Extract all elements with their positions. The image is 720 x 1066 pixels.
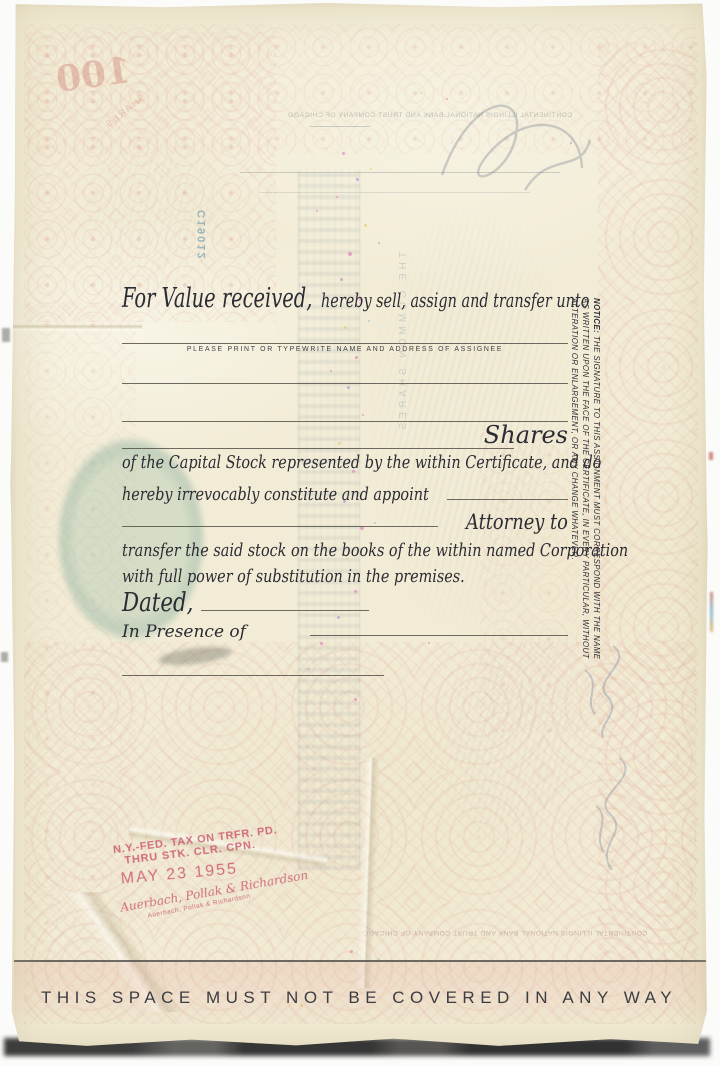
scan-edge-artifact [709,452,713,460]
transfer-agent-bleed-top: CONTINENTAL ILLINOIS NATIONAL BANK AND T… [276,112,584,119]
planchette-dot [354,698,357,701]
planchette-dot [420,92,422,94]
signature-flourish-bleed [576,752,642,876]
paper-crease [10,324,142,332]
transfer-books-text: transfer the said stock on the books of … [122,540,479,561]
tax-paid-stamp: N.Y.-FED. TAX ON TRFR. PD. THRU STK. CLR… [112,816,349,915]
planchette-dot [364,224,367,227]
shares-label: Shares [484,421,568,449]
assignee-write-line-1 [122,343,568,344]
footer-warning-text: THIS SPACE MUST NOT BE COVERED IN ANY WA… [10,988,708,1008]
planchette-dot [348,252,352,256]
planchette-dot [320,642,323,645]
attorney-name-blank [447,499,568,500]
planchette-dot [336,196,338,198]
attorney-label: Attorney to [466,510,568,534]
planchette-dot [362,414,364,416]
notice-label: NOTICE: [592,298,601,333]
transfer-agent-bleed-bottom: CONTINENTAL ILLINOIS NATIONAL BANK AND T… [360,929,650,936]
planchette-dot [347,386,350,389]
sell-assign-transfer-text: hereby sell, assign and transfer unto [321,288,589,312]
constitute-appoint-row: hereby irrevocably constitute and appoin… [122,484,568,505]
planchette-dot [428,642,430,644]
notice-line-1: NOTICE: THE SIGNATURE TO THIS ASSIGNMENT… [591,298,602,670]
notice-line-2: AS WRITTEN UPON THE FACE OF THE CERTIFIC… [580,298,591,670]
dated-row: Dated, [122,588,568,618]
planchette-dot [308,668,310,670]
assignee-write-line-2 [122,383,568,384]
pink-guilloche-right-band [598,42,698,962]
planchette-dot [355,356,358,359]
paper-crease [356,758,380,988]
scan-edge-artifact [710,592,713,632]
scan-edge-artifact [2,328,10,342]
footer-rule [14,960,706,962]
bleed-rule [240,172,560,173]
pink-guilloche-bottom [24,642,696,1024]
planchette-dot [446,98,448,100]
substitution-text: with full power of substitution in the p… [122,566,479,587]
bleed-rule [260,192,530,193]
denomination-100-bleed: 100 [53,49,133,101]
shares-blank-line [122,448,514,449]
scan-edge-artifact [1,652,8,662]
form-headline: For Value received, hereby sell, assign … [122,283,443,314]
attorney-blank-line [122,526,438,527]
planchette-dot [368,320,370,322]
dated-label: Dated, [122,588,193,618]
planchette-dot [344,326,347,329]
planchette-dot [340,278,343,281]
in-presence-of-label: In Presence of [122,622,568,642]
constitute-appoint-text: hereby irrevocably constitute and appoin… [122,484,429,505]
scanned-certificate-page: CONTINENTAL ILLINOIS NATIONAL BANK AND T… [0,0,720,1066]
planchette-dot [356,178,359,181]
signature-notice: NOTICE: THE SIGNATURE TO THIS ASSIGNMENT… [566,298,602,670]
planchette-dot [338,442,341,445]
signature-flourish-bleed [430,80,600,220]
bleed-rule [310,126,370,127]
assignee-caption: PLEASE PRINT OR TYPEWRITE NAME AND ADDRE… [122,346,568,353]
planchette-dot [342,152,345,155]
for-value-received-text: For Value received, [122,283,312,314]
denomination-shares-bleed: SHARES [102,92,147,130]
planchette-dot [378,242,380,244]
date-blank-line [201,610,369,611]
notice-line-3: ALTERATION OR ENLARGEMENT, OR ANY CHANGE… [569,298,580,670]
attorney-row: Attorney to [122,510,568,534]
capital-stock-text: of the Capital Stock represented by the … [122,452,479,473]
witness-signature-line-2 [122,675,384,676]
certificate-back-paper: CONTINENTAL ILLINOIS NATIONAL BANK AND T… [10,2,708,1048]
planchette-dot [316,210,318,212]
witness-signature-line [310,635,568,636]
planchette-dot [570,142,572,144]
planchette-dot [350,950,353,953]
planchette-dot [370,168,372,170]
certificate-number-bleed: C19012 [196,210,208,261]
planchette-dot [330,370,332,372]
ink-smudge [157,644,232,669]
